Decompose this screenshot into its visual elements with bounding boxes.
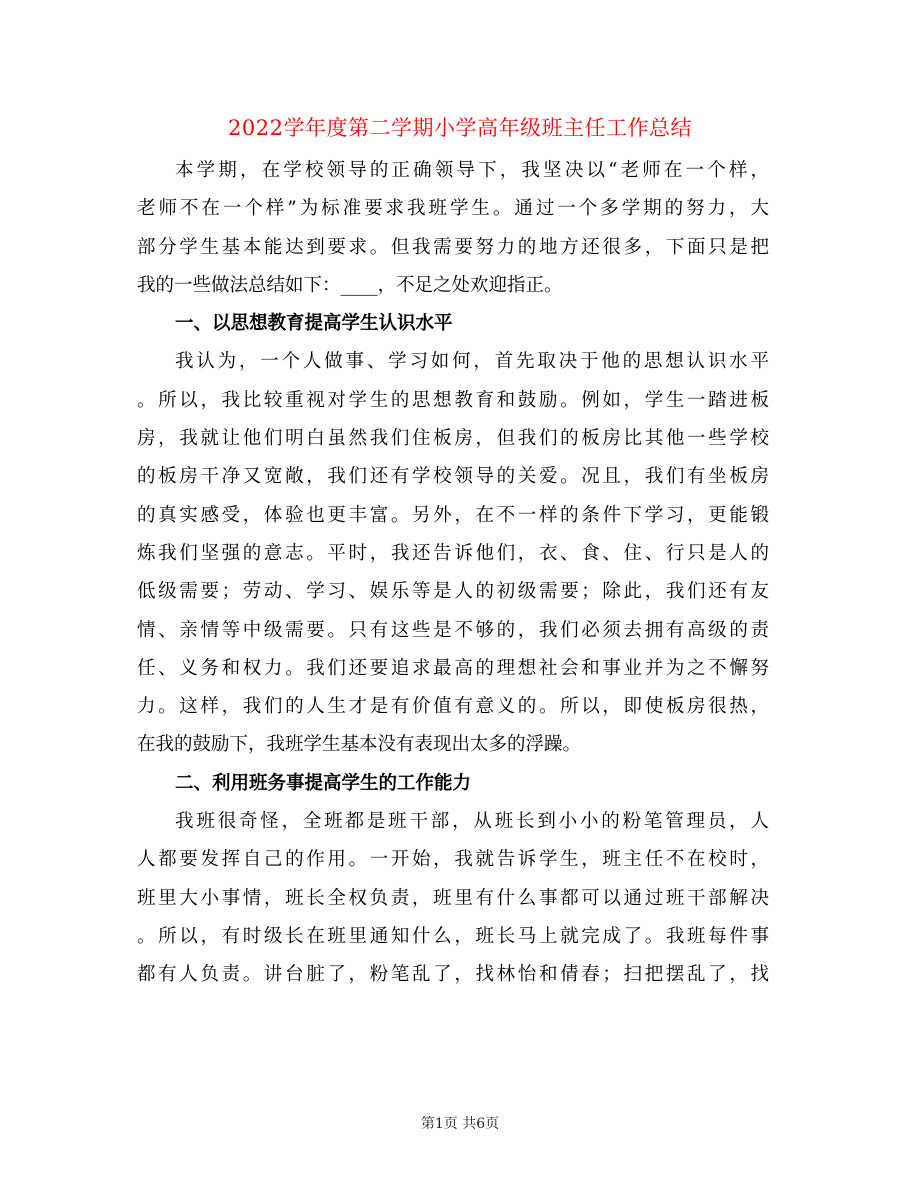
text-line: 情、亲情等中级需要。只有这些是不够的，我们必须去拥有高级的责	[137, 612, 769, 650]
text-line: 在我的鼓励下，我班学生基本没有表现出太多的浮躁。	[137, 726, 769, 764]
section-heading: 一、以思想教育提高学生认识水平	[137, 305, 769, 343]
text-line: 都有人负责。讲台脏了，粉笔乱了，找林怡和倩春；扫把摆乱了，找	[137, 956, 769, 994]
text-line: 力。这样，我们的人生才是有价值有意义的。所以，即使板房很热，	[137, 688, 769, 726]
document-body: 本学期，在学校领导的正确领导下，我坚决以“老师在一个样， 老师不在一个样”为标准…	[137, 152, 769, 995]
document-page: 2022学年度第二学期小学高年级班主任工作总结 本学期，在学校领导的正确领导下，…	[0, 0, 920, 1191]
text-line: 房，我就让他们明白虽然我们住板房，但我们的板房比其他一些学校	[137, 420, 769, 458]
text-line: 人都要发挥自己的作用。一开始，我就告诉学生，班主任不在校时，	[137, 841, 769, 879]
text-line: 部分学生基本能达到要求。但我需要努力的地方还很多，下面只是把	[137, 229, 769, 267]
text-line: 老师不在一个样”为标准要求我班学生。通过一个多学期的努力，大	[137, 190, 769, 228]
section-heading: 二、利用班务事提高学生的工作能力	[137, 765, 769, 803]
text-line: 任、义务和权力。我们还要追求最高的理想社会和事业并为之不懈努	[137, 650, 769, 688]
text-line: 炼我们坚强的意志。平时，我还告诉他们，衣、食、住、行只是人的	[137, 535, 769, 573]
text-line: 低级需要；劳动、学习、娱乐等是人的初级需要；除此，我们还有友	[137, 573, 769, 611]
text-line: 的板房干净又宽敞，我们还有学校领导的关爱。况且，我们有坐板房	[137, 458, 769, 496]
text-line: 我班很奇怪，全班都是班干部，从班长到小小的粉笔管理员，人	[137, 803, 769, 841]
text-line: 。所以，有时级长在班里通知什么，班长马上就完成了。我班每件事	[137, 918, 769, 956]
document-title: 2022学年度第二学期小学高年级班主任工作总结	[0, 110, 920, 146]
text-line: 本学期，在学校领导的正确领导下，我坚决以“老师在一个样，	[137, 152, 769, 190]
text-line: 班里大小事情，班长全权负责，班里有什么事都可以通过班干部解决	[137, 880, 769, 918]
text-line: 。所以，我比较重视对学生的思想教育和鼓励。例如，学生一踏进板	[137, 382, 769, 420]
text-line: 的真实感受，体验也更丰富。另外，在不一样的条件下学习，更能锻	[137, 497, 769, 535]
page-number: 第1页 共6页	[0, 1114, 920, 1134]
text-line: 我的一些做法总结如下：____，不足之处欢迎指正。	[137, 267, 769, 305]
text-line: 我认为，一个人做事、学习如何，首先取决于他的思想认识水平	[137, 343, 769, 381]
